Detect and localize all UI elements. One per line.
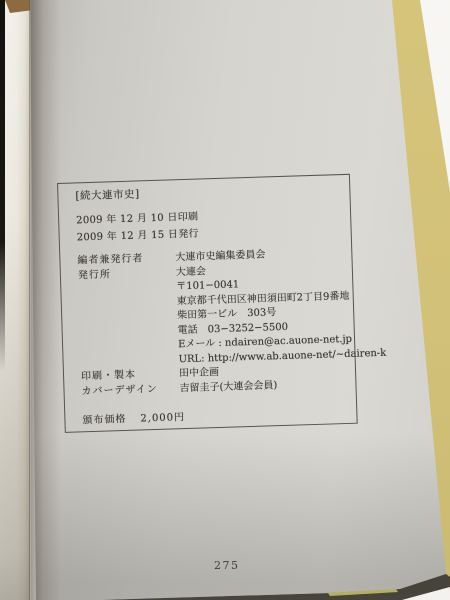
book-title: [続大連市史] (75, 182, 349, 203)
entry-value: 吉留圭子(大連会会員) (179, 379, 277, 397)
book-photo: [続大連市史] 2009 年 12 月 10 日印刷 2009 年 12 月 1… (0, 0, 450, 600)
entry-value: 田中企画 (179, 366, 219, 382)
gutter-shadow (29, 0, 61, 600)
dark-background-strip (0, 0, 5, 372)
price-label: 頒布価格 (82, 413, 126, 428)
colophon-entries: 編者兼発行者 大連市史編集委員会 発行所 大連会 〒101−0041 東京都千代… (77, 246, 355, 400)
entry-value: 大連会 (176, 265, 206, 280)
entry-value: 大連市史編集委員会 (175, 248, 265, 265)
colophon-box: [続大連市史] 2009 年 12 月 10 日印刷 2009 年 12 月 1… (57, 174, 358, 433)
price-value: 2,000円 (140, 411, 185, 426)
page-number: 275 (214, 559, 240, 572)
print-dates: 2009 年 12 月 10 日印刷 2009 年 12 月 15 日発行 (76, 204, 351, 247)
price-row: 頒布価格 2,000円 (82, 406, 356, 429)
entry-label: カバーデザイン (81, 382, 179, 400)
